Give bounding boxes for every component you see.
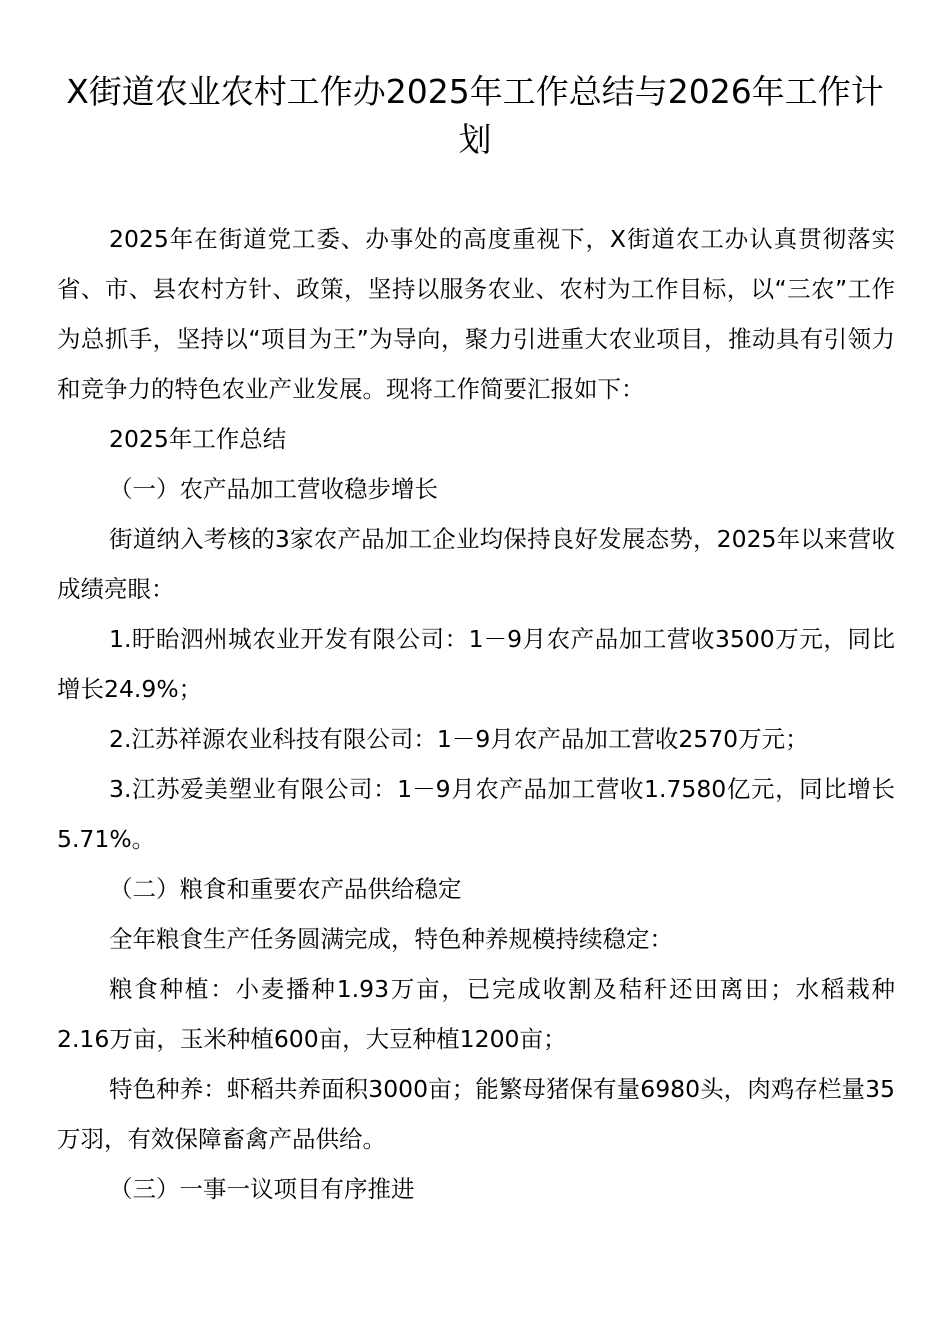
subsection-heading-3: （三）一事一议项目有序推进: [57, 1164, 895, 1214]
list-item-company-2: 2.江苏祥源农业科技有限公司：1－9月农产品加工营收2570万元；: [57, 714, 895, 764]
document-body: 2025年在街道党工委、办事处的高度重视下，X街道农工办认真贯彻落实省、市、县农…: [57, 214, 895, 1214]
subsection-heading-2: （二）粮食和重要农产品供给稳定: [57, 864, 895, 914]
paragraph-processing-overview: 街道纳入考核的3家农产品加工企业均保持良好发展态势，2025年以来营收成绩亮眼：: [57, 514, 895, 614]
document-page: X街道农业农村工作办2025年工作总结与2026年工作计划 2025年在街道党工…: [0, 0, 950, 1344]
section-heading-2025-summary: 2025年工作总结: [57, 414, 895, 464]
list-item-company-1: 1.盱眙泗州城农业开发有限公司：1－9月农产品加工营收3500万元，同比增长24…: [57, 614, 895, 714]
document-title: X街道农业农村工作办2025年工作总结与2026年工作计划: [55, 68, 895, 164]
paragraph-grain-overview: 全年粮食生产任务圆满完成，特色种养规模持续稳定：: [57, 914, 895, 964]
paragraph-grain-planting: 粮食种植：小麦播种1.93万亩，已完成收割及秸秆还田离田；水稻栽种2.16万亩，…: [57, 964, 895, 1064]
paragraph-special-breeding: 特色种养：虾稻共养面积3000亩；能繁母猪保有量6980头，肉鸡存栏量35万羽，…: [57, 1064, 895, 1164]
list-item-company-3: 3.江苏爱美塑业有限公司：1－9月农产品加工营收1.7580亿元，同比增长5.7…: [57, 764, 895, 864]
intro-paragraph: 2025年在街道党工委、办事处的高度重视下，X街道农工办认真贯彻落实省、市、县农…: [57, 214, 895, 414]
subsection-heading-1: （一）农产品加工营收稳步增长: [57, 464, 895, 514]
